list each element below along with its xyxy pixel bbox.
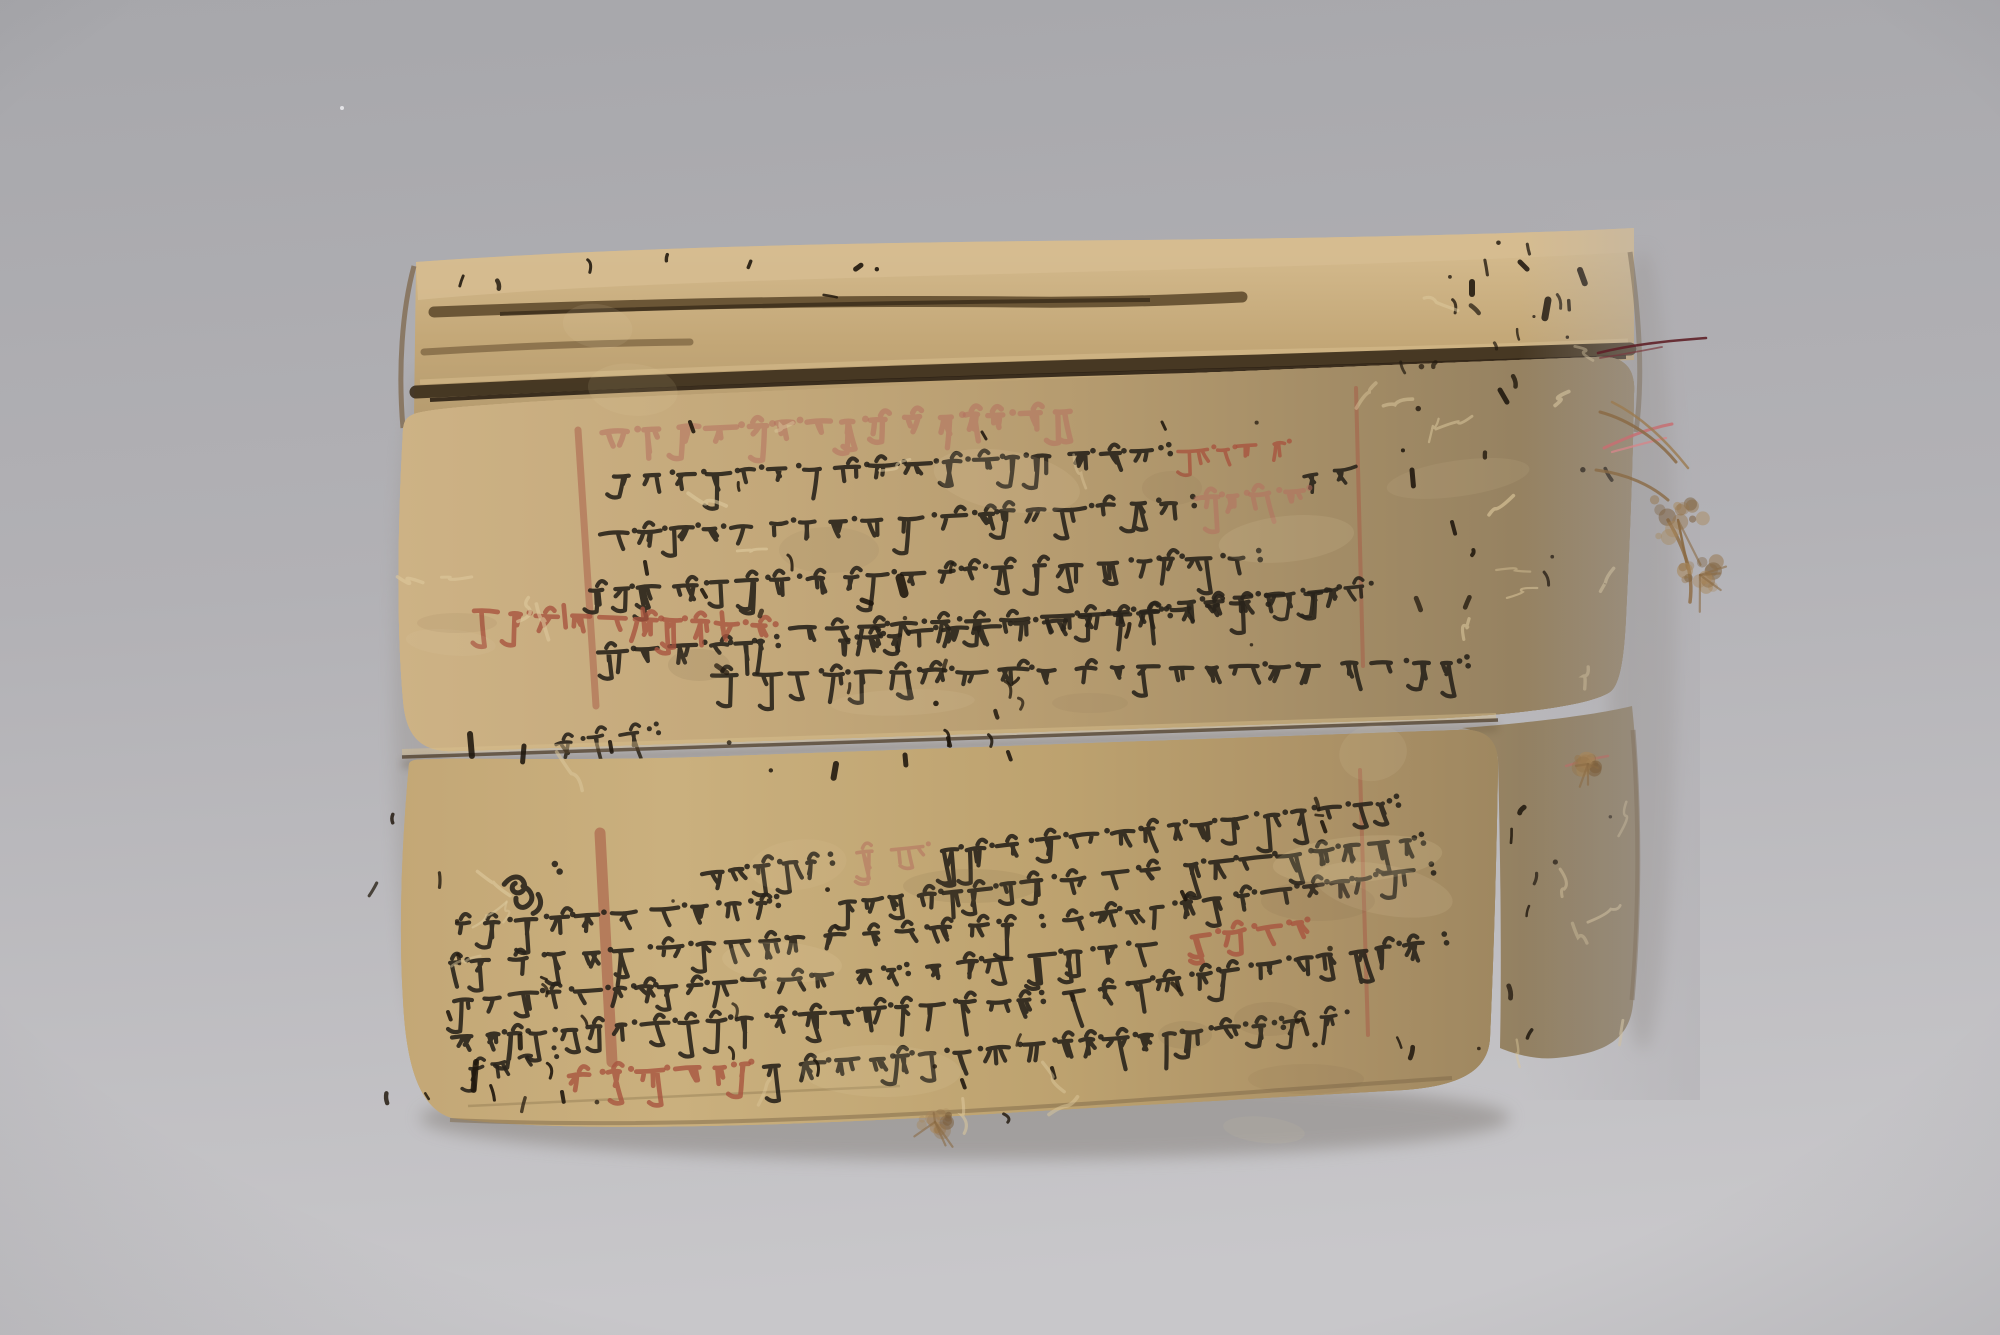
vignette	[0, 0, 2000, 1335]
photo-stage: Photograph of an aged Tibetan pecha manu…	[0, 0, 2000, 1335]
manuscript-photograph	[0, 0, 2000, 1335]
